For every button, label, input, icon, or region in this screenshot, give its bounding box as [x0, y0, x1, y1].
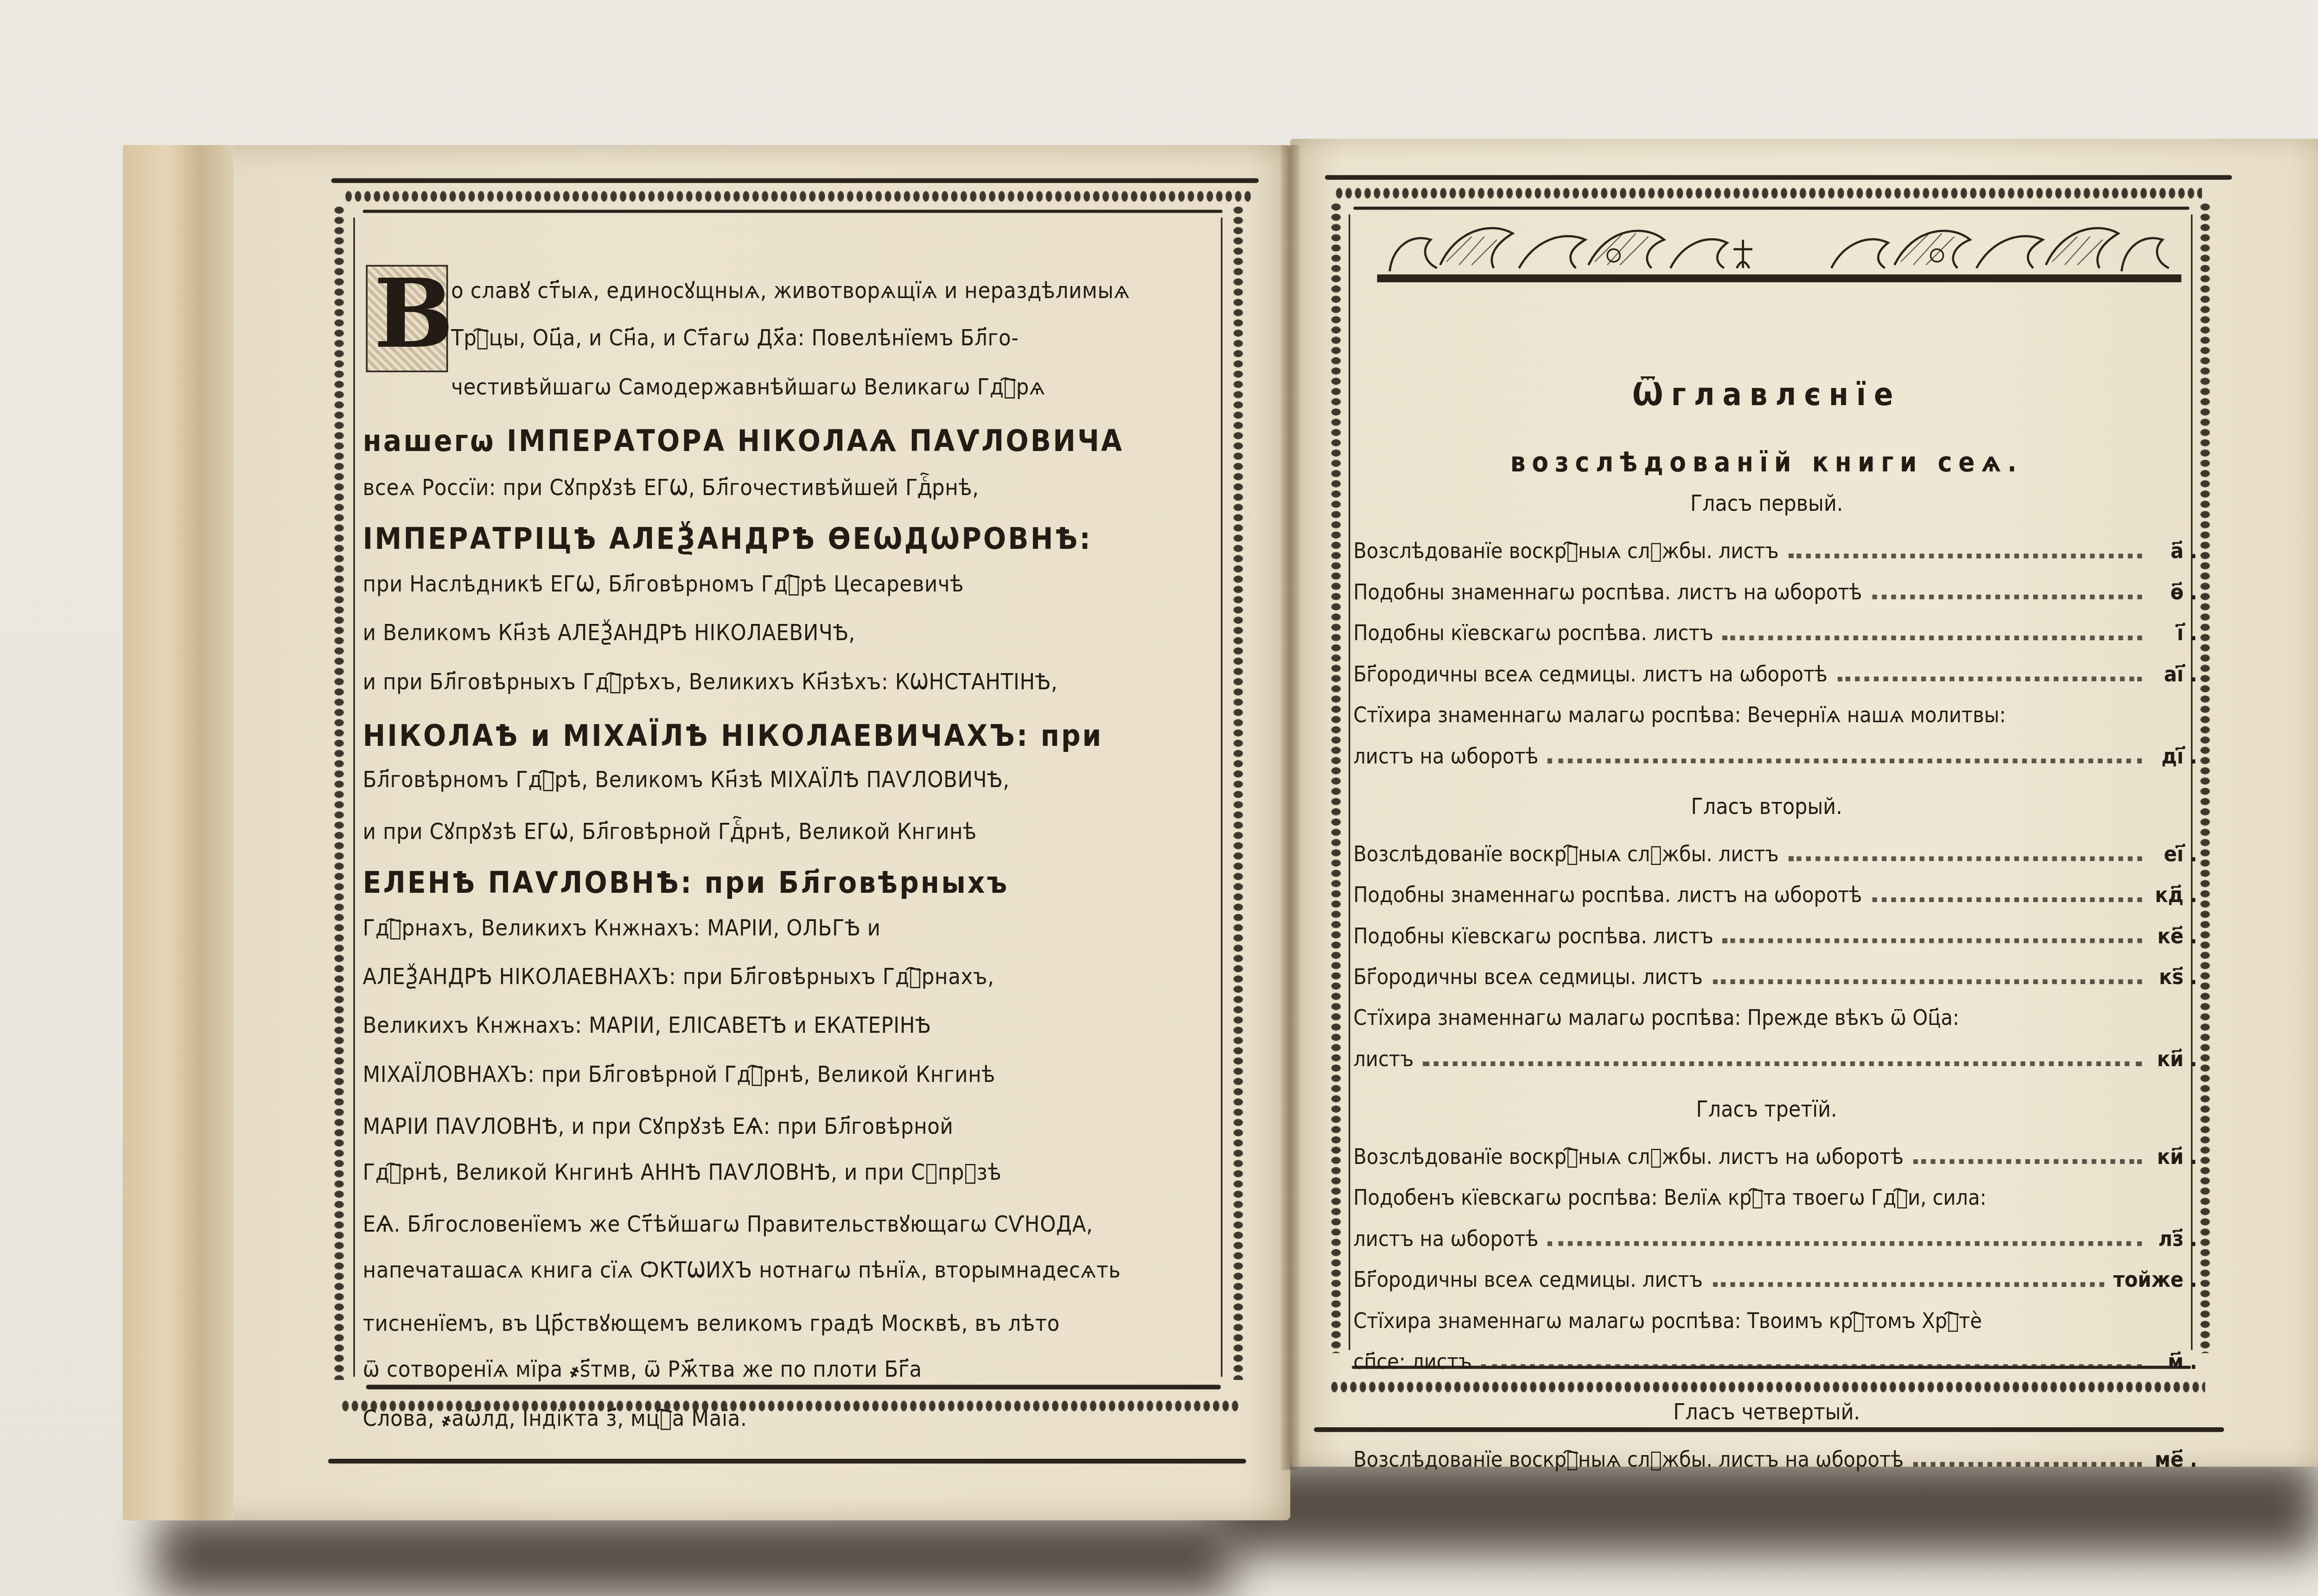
toc-entry-label: Возслѣдованїе воскрⷭ҇ныѧ слꙋжбы. листъ н…: [1353, 1448, 1904, 1473]
right-top-rule: [1325, 175, 2232, 180]
entry-period: .: [2190, 1350, 2197, 1375]
toc-entry[interactable]: сп҃се: листъм҃.: [1353, 1347, 2197, 1378]
toc-entry[interactable]: Стїхира знаменнагѡ малагѡ роспѣва: Твоим…: [1353, 1306, 2197, 1337]
toc-entry[interactable]: Возслѣдованїе воскрⷭ҇ныѧ слꙋжбы. листъа҃…: [1353, 536, 2197, 568]
dot-leader: [1837, 676, 2143, 680]
toc-page-number: і҃: [2152, 621, 2184, 646]
toc-entry[interactable]: Подобны знаменнагѡ роспѣва. листъ на ѡбо…: [1353, 880, 2197, 911]
toc-entry[interactable]: Возслѣдованїе воскрⷭ҇ныѧ слꙋжбы. листъ н…: [1353, 1142, 2197, 1173]
toc-entry-label: листъ на ѡборотѣ: [1353, 1227, 1538, 1252]
dot-leader: [1913, 1158, 2143, 1163]
dot-leader: [1913, 1461, 2143, 1466]
toc-page-number: ді҃: [2152, 744, 2184, 769]
imprint-line: ЕѦ. Бл҃гословенїемъ же Ст҃ѣйшагѡ Правите…: [363, 1209, 1223, 1240]
toc-subtitle: возслѣдованїй книги сеѧ.: [1341, 448, 2192, 479]
dot-leader: [1788, 856, 2142, 860]
toc-entry-label: Подобны знаменнагѡ роспѣва. листъ на ѡбо…: [1353, 580, 1862, 605]
imprint-line: нашегѡ ІМПЕРАТОРА НІКОЛАѦ ПАѴЛОВИЧА: [363, 424, 1223, 459]
toc-entry-label: Стїхира знаменнагѡ малагѡ роспѣва: Вечер…: [1353, 703, 2006, 728]
toc-entry-label: Возслѣдованїе воскрⷭ҇ныѧ слꙋжбы. листъ: [1353, 540, 1779, 565]
dot-leader: [1723, 938, 2142, 942]
toc-entry[interactable]: Бг҃ородичны всеѧ седмицы. листъ на ѡборо…: [1353, 659, 2197, 691]
toc-entry-label: Возслѣдованїе воскрⷭ҇ныѧ слꙋжбы. листъ н…: [1353, 1145, 1904, 1170]
dot-leader: [1548, 758, 2143, 763]
toc-entry[interactable]: Подобны знаменнагѡ роспѣва. листъ на ѡбо…: [1353, 577, 2197, 609]
toc-entry-label: Подобны знаменнагѡ роспѣва. листъ на ѡбо…: [1353, 883, 1862, 908]
imprint-line: честивѣйшагѡ Самодержавнѣйшагѡ Великагѡ …: [451, 375, 1223, 401]
dot-leader: [1788, 553, 2142, 557]
book-spine: [123, 145, 233, 1520]
entry-period: .: [2190, 540, 2197, 565]
toc-page-number: аі҃: [2152, 662, 2184, 687]
toc-section-heading: Гласъ третїй.: [1341, 1098, 2192, 1123]
toc-entry-label: Бг҃ородичны всеѧ седмицы. листъ на ѡборо…: [1353, 662, 1828, 687]
entry-period: .: [2190, 842, 2197, 867]
entry-period: .: [2190, 744, 2197, 769]
dot-leader: [1712, 979, 2142, 983]
toc-page-number: ки҃: [2152, 1047, 2184, 1072]
toc-page-number: ке҃: [2152, 924, 2184, 949]
left-outer-bead-border: [333, 205, 345, 1380]
imprint-line: о славꙋ ст҃ыѧ, единосꙋщныѧ, животворѧщїѧ…: [451, 276, 1223, 306]
toc-entry-label: листъ на ѡборотѣ: [1353, 744, 1538, 769]
right-outer-bead-border: [2199, 202, 2211, 1353]
imprint-line: и Великомъ Кн҃зѣ АЛЕѮАНДРѢ НІКОЛАЕВИЧѢ,: [363, 621, 1223, 646]
imprint-line: ЕЛЕНѢ ПАѴЛОВНѢ: при Бл҃говѣрныхъ: [363, 866, 1223, 901]
toc-page-number: кѕ҃: [2152, 965, 2184, 990]
floral-headpiece-ornament: [1377, 218, 2181, 284]
dot-leader: [1423, 1061, 2143, 1065]
toc-entry[interactable]: Подобенъ кїевскагѡ роспѣва: Велїѧ крⷭ҇та…: [1353, 1183, 2197, 1214]
dot-leader: [1723, 635, 2142, 639]
toc-entry[interactable]: Бг҃ородичны всеѧ седмицы. листътойже.: [1353, 1265, 2197, 1297]
entry-period: .: [2190, 662, 2197, 687]
toc-section-heading: Гласъ первый.: [1341, 492, 2192, 517]
entry-period: .: [2190, 1145, 2197, 1170]
toc-entry[interactable]: листъ на ѡборотѣді҃.: [1353, 741, 2197, 773]
left-inner-left-line: [353, 218, 355, 1377]
toc-page-number: тойже: [2114, 1268, 2184, 1293]
toc-entry[interactable]: листъ на ѡборотѣлз҃.: [1353, 1224, 2197, 1255]
toc-page-number: лз҃: [2152, 1227, 2184, 1252]
toc-page-number: еі҃: [2152, 842, 2184, 867]
right-inner-top-rule: [1353, 207, 2189, 210]
toc-entry[interactable]: листъки҃.: [1353, 1044, 2197, 1075]
imprint-line: НІКОЛАѢ и МІХАЇЛѢ НІКОЛАЕВИЧАХЪ: при: [363, 719, 1223, 754]
toc-entry-label: Бг҃ородичны всеѧ седмицы. листъ: [1353, 1268, 1703, 1293]
toc-entry-label: листъ: [1353, 1047, 1414, 1072]
imprint-line: Бл҃говѣрномъ Гдⷭ҇рѣ, Великомъ Кн҃зѣ МІХА…: [363, 768, 1223, 793]
imprint-line: МАРІИ ПАѴЛОВНѢ, и при Сꙋпрꙋзѣ ЕѦ: при Бл…: [363, 1112, 1223, 1142]
imprint-line: Слова, ҂аѿлд, Індікта з҃, мцⷭ҇а Маїа.: [363, 1407, 1223, 1432]
imprint-line: тисненїемъ, въ Цр҃ствꙋющемъ великомъ гра…: [363, 1309, 1223, 1339]
toc-entry-label: Бг҃ородичны всеѧ седмицы. листъ: [1353, 965, 1703, 990]
toc-section-heading: Гласъ вторый.: [1341, 795, 2192, 820]
imprint-line: ѿ сотворенїѧ мїра ҂ѕ҃тмв, ѿ Рж҃тва же по…: [363, 1358, 1223, 1383]
dot-leader: [1482, 1363, 2143, 1368]
toc-entry[interactable]: Подобны кїевскагѡ роспѣва. листъі҃.: [1353, 618, 2197, 650]
imprint-line: АЛЕѮАНДРѢ НІКОЛАЕВНАХЪ: при Бл҃говѣрныхъ…: [363, 965, 1223, 990]
toc-entry-label: Возслѣдованїе воскрⷭ҇ныѧ слꙋжбы. листъ: [1353, 842, 1779, 867]
toc-entry[interactable]: Возслѣдованїе воскрⷭ҇ныѧ слꙋжбы. листъ н…: [1353, 1444, 2197, 1476]
toc-entry-label: Подобенъ кїевскагѡ роспѣва: Велїѧ крⷭ҇та…: [1353, 1186, 1986, 1211]
imprint-line: и при Бл҃говѣрныхъ Гдⷭ҇рѣхъ, Великихъ Кн…: [363, 670, 1223, 695]
imprint-line: всеѧ Россїи: при Сꙋпрꙋзѣ ЕГѠ, Бл҃гочести…: [363, 473, 1223, 503]
entry-period: .: [2190, 1268, 2197, 1293]
imprint-line: напечаташасѧ книга сїѧ ѺКТѠИХЪ нотнагѡ п…: [363, 1259, 1223, 1284]
imprint-line: Гдⷭ҇рнахъ, Великихъ Кнжнахъ: МАРІИ, ОЛЬГ…: [363, 916, 1223, 941]
toc-title: Ѿглавлєнїе: [1341, 375, 2192, 413]
right-left-bead-border: [1330, 202, 1342, 1353]
entry-period: .: [2190, 580, 2197, 605]
imprint-line: МІХАЇЛОВНАХЪ: при Бл҃говѣрной Гдⷭ҇рнѣ, В…: [363, 1063, 1223, 1088]
toc-entry[interactable]: Подобны кїевскагѡ роспѣва. листъке҃.: [1353, 921, 2197, 953]
toc-page-number: ки҃: [2152, 1145, 2184, 1170]
toc-entry-label: Подобны кїевскагѡ роспѣва. листъ: [1353, 621, 1713, 646]
entry-period: .: [2190, 883, 2197, 908]
toc-entry[interactable]: Бг҃ородичны всеѧ седмицы. листъкѕ҃.: [1353, 962, 2197, 993]
right-bottom-rule: [1314, 1427, 2224, 1432]
imprint-line: и при Сꙋпрꙋзѣ ЕГѠ, Бл҃говѣрной Гдⷭ҇рнѣ, …: [363, 817, 1223, 847]
photo-stage: В о славꙋ ст҃ыѧ, единосꙋщныѧ, животворѧщ…: [0, 0, 2318, 1596]
left-right-bead-border: [1232, 205, 1244, 1380]
toc-page-number: ме҃: [2152, 1448, 2184, 1473]
imprint-line: при Наслѣдникѣ ЕГѠ, Бл҃говѣрномъ Гдⷭ҇рѣ …: [363, 572, 1223, 598]
dot-leader: [1712, 1281, 2104, 1286]
entry-period: .: [2190, 924, 2197, 949]
toc-entry-label: Подобны кїевскагѡ роспѣва. листъ: [1353, 924, 1713, 949]
entry-period: .: [2190, 1227, 2197, 1252]
toc-entry[interactable]: Стїхира знаменнагѡ малагѡ роспѣва: Вечер…: [1353, 700, 2197, 732]
entry-period: .: [2190, 621, 2197, 646]
toc-section-heading: Гласъ четвертый.: [1341, 1400, 2192, 1425]
toc-page-number: м҃: [2152, 1350, 2184, 1375]
toc-page-number: ѳ҃: [2152, 580, 2184, 605]
imprint-line: Великихъ Кнжнахъ: МАРІИ, ЕЛІСАВЕТѢ и ЕКА…: [363, 1014, 1223, 1039]
right-bottom-bead-border: [1330, 1380, 2205, 1394]
toc-entry[interactable]: Стїхира знаменнагѡ малагѡ роспѣва: Прежд…: [1353, 1003, 2197, 1035]
book-gutter: [1281, 145, 1300, 1470]
toc-entry-label: Стїхира знаменнагѡ малагѡ роспѣва: Твоим…: [1353, 1309, 1982, 1334]
dot-leader: [1548, 1240, 2143, 1245]
toc-page-number: а҃: [2152, 540, 2184, 565]
entry-period: .: [2190, 1047, 2197, 1072]
toc-entry[interactable]: Возслѣдованїе воскрⷭ҇ныѧ слꙋжбы. листъеі…: [1353, 839, 2197, 871]
toc-entry-label: Стїхира знаменнагѡ малагѡ роспѣва: Прежд…: [1353, 1006, 1959, 1031]
imprint-line: Трⷪ҇цы, Оц҃а, и Сн҃а, и Ст҃агѡ Дх҃а: Пов…: [451, 326, 1223, 351]
imprint-text-block: о славꙋ ст҃ыѧ, единосꙋщныѧ, животворѧщїѧ…: [363, 0, 1223, 1596]
toc-page-number: кд҃: [2152, 883, 2184, 908]
dot-leader: [1872, 897, 2143, 901]
imprint-line: ІМПЕРАТРІЦѢ АЛЕѮАНДРѢ ѲЕѠДѠРОВНѢ:: [363, 522, 1223, 557]
dot-leader: [1872, 594, 2143, 598]
entry-period: .: [2190, 1448, 2197, 1473]
toc-entry-label: сп҃се: листъ: [1353, 1350, 1472, 1375]
entry-period: .: [2190, 965, 2197, 990]
right-top-bead-border: [1334, 186, 2202, 200]
imprint-line: Гдⷭ҇рнѣ, Великой Кнгинѣ АННѢ ПАѴЛОВНѢ, и…: [363, 1161, 1223, 1186]
